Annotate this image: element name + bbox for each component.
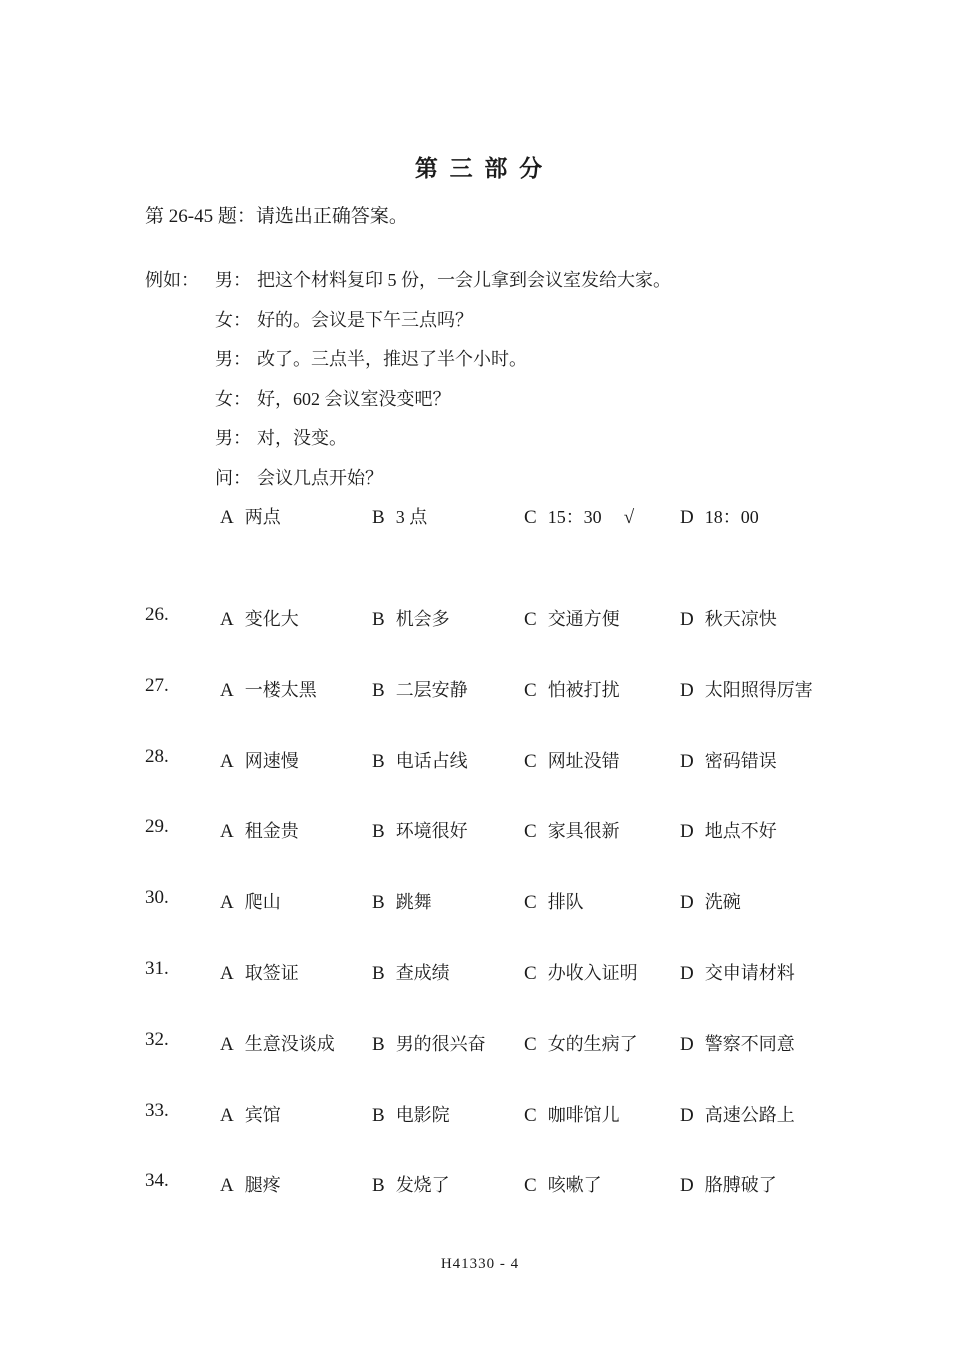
option-text: 交申请材料 xyxy=(705,963,795,983)
option-a: A爬山 xyxy=(220,888,281,914)
option-d: D交申请材料 xyxy=(680,959,795,985)
option-text: 办收入证明 xyxy=(548,963,638,983)
question-row-31: 31. A取签证 B查成绩 C办收入证明 D交申请材料 xyxy=(145,954,935,1025)
dialogue-text: 把这个材料复印 5 份，一会儿拿到会议室发给大家。 xyxy=(257,266,671,292)
option-letter: C xyxy=(524,507,537,528)
option-text: 两点 xyxy=(245,507,281,527)
option-text: 警察不同意 xyxy=(705,1034,795,1054)
option-d: D密码错误 xyxy=(680,747,777,773)
dialogue-text: 对，没变。 xyxy=(257,424,347,450)
option-a: A网速慢 xyxy=(220,747,299,773)
option-d: D胳膊破了 xyxy=(680,1171,777,1197)
option-a: A宾馆 xyxy=(220,1101,281,1127)
option-b: B电影院 xyxy=(372,1101,450,1127)
dialogue-line: 女： 好的。会议是下午三点吗？ xyxy=(145,306,915,346)
option-a: A生意没谈成 xyxy=(220,1030,335,1056)
question-row-34: 34. A腿疼 B发烧了 C咳嗽了 D胳膊破了 xyxy=(145,1166,935,1237)
option-text: 电影院 xyxy=(396,1105,450,1125)
option-text: 男的很兴奋 xyxy=(396,1034,486,1054)
option-text: 查成绩 xyxy=(396,963,450,983)
option-d: D太阳照得厉害 xyxy=(680,676,813,702)
footer-page-code: H41330 - 4 xyxy=(0,1256,960,1273)
option-c: C排队 xyxy=(524,888,584,914)
dialogue-line: 男： 对，没变。 xyxy=(145,424,915,464)
option-text: 一楼太黑 xyxy=(245,680,317,700)
option-c: C交通方便 xyxy=(524,605,620,631)
option-letter: D xyxy=(680,507,694,528)
option-text: 秋天凉快 xyxy=(705,609,777,629)
question-number: 29. xyxy=(145,816,169,838)
option-text: 洗碗 xyxy=(705,892,741,912)
question-number: 33. xyxy=(145,1100,169,1122)
option-b: B机会多 xyxy=(372,605,450,631)
option-text: 电话占线 xyxy=(396,751,468,771)
option-a: A一楼太黑 xyxy=(220,676,317,702)
option-text: 排队 xyxy=(548,892,584,912)
question-row-26: 26. A变化大 B机会多 C交通方便 D秋天凉快 xyxy=(145,600,935,671)
option-text: 生意没谈成 xyxy=(245,1034,335,1054)
option-text: 太阳照得厉害 xyxy=(705,680,813,700)
dialogue-line: 男： 改了。三点半，推迟了半个小时。 xyxy=(145,345,915,385)
question-row-32: 32. A生意没谈成 B男的很兴奋 C女的生病了 D警察不同意 xyxy=(145,1025,935,1096)
option-text: 租金贵 xyxy=(245,821,299,841)
option-a: A变化大 xyxy=(220,605,299,631)
speaker-label: 女： xyxy=(215,306,251,332)
dialogue-text: 好，602 会议室没变吧？ xyxy=(257,385,451,411)
option-text: 18：00 xyxy=(705,507,759,527)
option-d: D地点不好 xyxy=(680,817,777,843)
question-number: 34. xyxy=(145,1170,169,1192)
option-text: 女的生病了 xyxy=(548,1034,638,1054)
question-number: 27. xyxy=(145,675,169,697)
example-option-d: D18：00 xyxy=(680,503,759,529)
option-a: A腿疼 xyxy=(220,1171,281,1197)
option-text: 怕被打扰 xyxy=(548,680,620,700)
option-text: 环境很好 xyxy=(396,821,468,841)
option-b: B男的很兴奋 xyxy=(372,1030,486,1056)
option-text: 地点不好 xyxy=(705,821,777,841)
question-number: 30. xyxy=(145,887,169,909)
question-number: 28. xyxy=(145,746,169,768)
option-d: D洗碗 xyxy=(680,888,741,914)
option-text: 二层安静 xyxy=(396,680,468,700)
option-d: D警察不同意 xyxy=(680,1030,795,1056)
question-row-33: 33. A宾馆 B电影院 C咖啡馆儿 D高速公路上 xyxy=(145,1096,935,1167)
speaker-label: 问： xyxy=(215,464,251,490)
option-text: 网址没错 xyxy=(548,751,620,771)
option-text: 发烧了 xyxy=(396,1175,450,1195)
option-b: B电话占线 xyxy=(372,747,468,773)
option-text: 腿疼 xyxy=(245,1175,281,1195)
dialogue-text: 好的。会议是下午三点吗？ xyxy=(257,306,473,332)
option-text: 机会多 xyxy=(396,609,450,629)
option-text: 跳舞 xyxy=(396,892,432,912)
questions-list: 26. A变化大 B机会多 C交通方便 D秋天凉快 27. A一楼太黑 B二层安… xyxy=(145,600,935,1237)
option-letter: B xyxy=(372,507,385,528)
speaker-label: 男： xyxy=(215,266,251,292)
question-number: 31. xyxy=(145,958,169,980)
option-text: 家具很新 xyxy=(548,821,620,841)
option-text: 15：30 xyxy=(548,507,602,527)
option-text: 胳膊破了 xyxy=(705,1175,777,1195)
speaker-label: 女： xyxy=(215,385,251,411)
option-b: B发烧了 xyxy=(372,1171,450,1197)
option-b: B查成绩 xyxy=(372,959,450,985)
dialogue-line: 问： 会议几点开始？ xyxy=(145,464,915,504)
question-number: 32. xyxy=(145,1029,169,1051)
dialogue-line: 例如： 男： 把这个材料复印 5 份，一会儿拿到会议室发给大家。 xyxy=(145,266,915,306)
example-block: 例如： 男： 把这个材料复印 5 份，一会儿拿到会议室发给大家。 女： 好的。会… xyxy=(145,266,915,543)
question-row-28: 28. A网速慢 B电话占线 C网址没错 D密码错误 xyxy=(145,742,935,813)
option-text: 宾馆 xyxy=(245,1105,281,1125)
option-text: 取签证 xyxy=(245,963,299,983)
question-row-30: 30. A爬山 B跳舞 C排队 D洗碗 xyxy=(145,883,935,954)
dialogue-line: 女： 好，602 会议室没变吧？ xyxy=(145,385,915,425)
option-c: C女的生病了 xyxy=(524,1030,638,1056)
option-text: 交通方便 xyxy=(548,609,620,629)
option-text: 网速慢 xyxy=(245,751,299,771)
speaker-label: 男： xyxy=(215,345,251,371)
option-c: C咖啡馆儿 xyxy=(524,1101,620,1127)
option-text: 高速公路上 xyxy=(705,1105,795,1125)
dialogue-text: 会议几点开始？ xyxy=(257,464,383,490)
option-text: 变化大 xyxy=(245,609,299,629)
option-c: C怕被打扰 xyxy=(524,676,620,702)
option-a: A取签证 xyxy=(220,959,299,985)
speaker-label: 男： xyxy=(215,424,251,450)
option-text: 咖啡馆儿 xyxy=(548,1105,620,1125)
option-b: B二层安静 xyxy=(372,676,468,702)
option-letter: A xyxy=(220,507,234,528)
test-paper-page: 第 三 部 分 第 26-45 题：请选出正确答案。 例如： 男： 把这个材料复… xyxy=(0,0,960,1358)
option-text: 密码错误 xyxy=(705,751,777,771)
option-b: B环境很好 xyxy=(372,817,468,843)
option-b: B跳舞 xyxy=(372,888,432,914)
example-option-c: C15：30√ xyxy=(524,503,634,529)
option-a: A租金贵 xyxy=(220,817,299,843)
option-c: C办收入证明 xyxy=(524,959,638,985)
option-text: 3 点 xyxy=(396,507,428,527)
option-text: 咳嗽了 xyxy=(548,1175,602,1195)
question-row-29: 29. A租金贵 B环境很好 C家具很新 D地点不好 xyxy=(145,812,935,883)
example-option-b: B3 点 xyxy=(372,503,427,529)
example-label: 例如： xyxy=(145,266,215,292)
option-text: 爬山 xyxy=(245,892,281,912)
checkmark-icon: √ xyxy=(624,507,634,528)
option-c: C咳嗽了 xyxy=(524,1171,602,1197)
option-c: C网址没错 xyxy=(524,747,620,773)
question-row-27: 27. A一楼太黑 B二层安静 C怕被打扰 D太阳照得厉害 xyxy=(145,671,935,742)
example-options-row: A两点 B3 点 C15：30√ D18：00 xyxy=(145,503,915,543)
example-option-a: A两点 xyxy=(220,503,281,529)
option-c: C家具很新 xyxy=(524,817,620,843)
dialogue-text: 改了。三点半，推迟了半个小时。 xyxy=(257,345,527,371)
question-number: 26. xyxy=(145,604,169,626)
option-d: D高速公路上 xyxy=(680,1101,795,1127)
option-d: D秋天凉快 xyxy=(680,605,777,631)
section-instruction: 第 26-45 题：请选出正确答案。 xyxy=(145,201,408,228)
section-title: 第 三 部 分 xyxy=(0,150,960,183)
